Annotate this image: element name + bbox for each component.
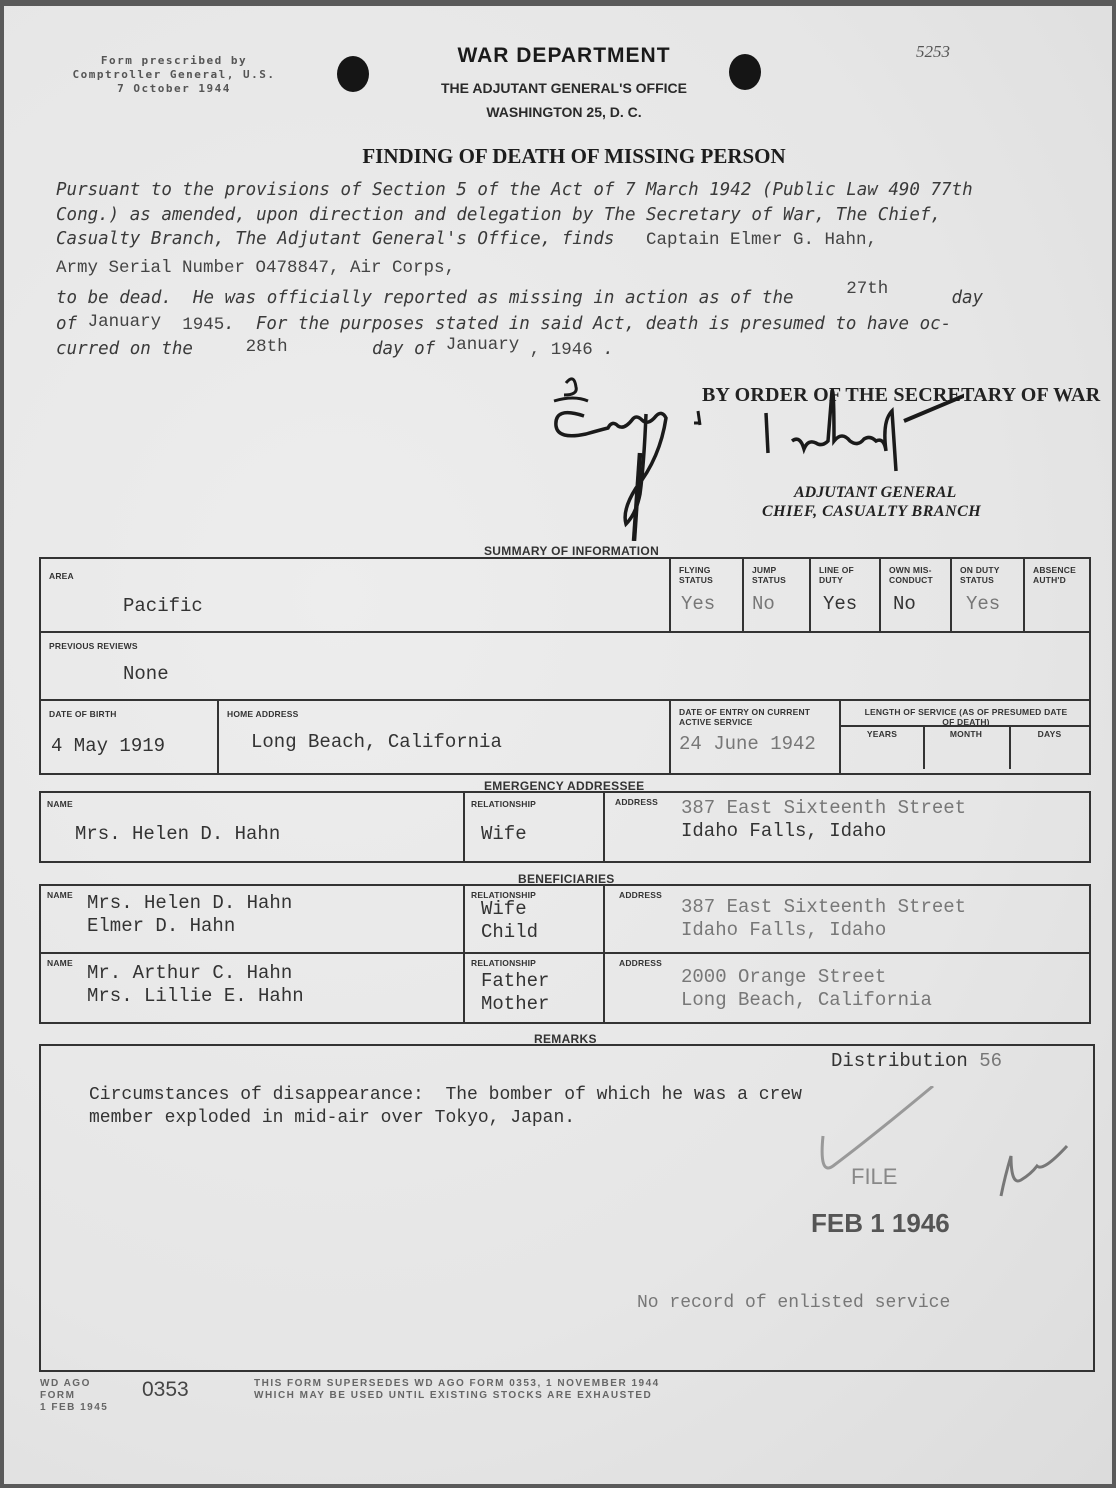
flying-status-value: Yes	[681, 593, 715, 616]
beneficiary-name: Mrs. Helen D. Hahn	[87, 892, 292, 915]
misconduct-value: No	[893, 593, 916, 616]
emergency-address-line-2: Idaho Falls, Idaho	[681, 820, 886, 843]
beneficiary-address-line: 387 East Sixteenth Street	[681, 896, 966, 919]
form-label: WD AGO FORM	[40, 1378, 110, 1402]
signer-title-1: ADJUTANT GENERAL	[794, 484, 956, 502]
file-date-stamp: FEB 1 1946	[811, 1208, 950, 1239]
statement-line: Cong.) as amended, upon direction and de…	[56, 203, 1076, 228]
beneficiary-name-label: NAME	[47, 890, 73, 900]
beneficiary-relationship: Wife	[481, 898, 527, 921]
beneficiary-address-label: ADDRESS	[619, 890, 662, 900]
beneficiary-name-cell: NAME Mrs. Helen D. Hahn Elmer D. Hahn	[41, 886, 465, 954]
person-name: Captain Elmer G. Hahn,	[646, 230, 877, 250]
supersedes-note: THIS FORM SUPERSEDES WD AGO FORM 0353, 1…	[254, 1378, 660, 1402]
misconduct-cell: OWN MIS- CONDUCT No	[881, 559, 952, 633]
signer-title-2: CHIEF, CASUALTY BRANCH	[762, 503, 981, 521]
days-cell: DAYS	[1009, 725, 1090, 769]
form-date: 1 FEB 1945	[40, 1402, 110, 1414]
beneficiary-address-line: Long Beach, California	[681, 989, 932, 1012]
emergency-name-label: NAME	[47, 799, 73, 809]
summary-row-3: DATE OF BIRTH 4 May 1919 HOME ADDRESS Lo…	[41, 701, 1089, 773]
form-prescribed-note: Form prescribed by Comptroller General, …	[44, 54, 304, 96]
serial-number: Army Serial Number O478847, Air Corps,	[56, 258, 455, 278]
summary-heading: SUMMARY OF INFORMATION	[484, 544, 659, 558]
absence-cell: ABSENCE AUTH'D	[1025, 559, 1090, 633]
statement-line: to be dead. He was officially reported a…	[56, 286, 1076, 312]
missing-month: January	[88, 312, 162, 332]
beneficiary-relationship: Mother	[481, 993, 549, 1016]
days-label: DAYS	[1009, 729, 1090, 739]
home-address-value: Long Beach, California	[251, 731, 502, 754]
emergency-name-cell: NAME Mrs. Helen D. Hahn	[41, 793, 465, 861]
death-year: , 1946	[530, 340, 593, 360]
missing-year: 1945	[182, 315, 224, 335]
statement-text: Casualty Branch, The Adjutant General's …	[56, 229, 614, 249]
entry-date-label: DATE OF ENTRY ON CURRENT ACTIVE SERVICE	[679, 707, 819, 727]
month-label: MONTH	[923, 729, 1009, 739]
month-cell: MONTH	[923, 725, 1011, 769]
flying-status-label: FLYING STATUS	[679, 565, 734, 585]
prescribed-line-2: Comptroller General, U.S.	[44, 68, 304, 82]
emergency-name-value: Mrs. Helen D. Hahn	[75, 823, 280, 846]
beneficiary-relationship: Child	[481, 921, 538, 944]
document-page: Form prescribed by Comptroller General, …	[4, 6, 1112, 1484]
emergency-relationship-label: RELATIONSHIP	[471, 799, 536, 809]
missing-day: 27th	[846, 279, 888, 299]
remarks-line-2: member exploded in mid-air over Tokyo, J…	[89, 1107, 575, 1130]
beneficiary-address-line: Idaho Falls, Idaho	[681, 919, 886, 942]
beneficiary-address-line: 2000 Orange Street	[681, 966, 886, 989]
distribution-line: Distribution 56	[831, 1050, 1002, 1073]
beneficiary-row: NAME Mrs. Helen D. Hahn Elmer D. Hahn RE…	[41, 886, 1089, 954]
statement-text: .	[603, 339, 614, 359]
statement-line: curred on the 28th day of January , 1946…	[56, 337, 1076, 363]
distribution-value: 56	[979, 1050, 1002, 1072]
remarks-line-1: Circumstances of disappearance: The bomb…	[89, 1084, 802, 1107]
area-cell: AREA Pacific	[41, 559, 671, 633]
years-cell: YEARS	[841, 725, 925, 769]
beneficiary-relationship-cell: RELATIONSHIP Father Mother	[465, 954, 605, 1022]
on-duty-cell: ON DUTY STATUS Yes	[952, 559, 1025, 633]
misconduct-label: OWN MIS- CONDUCT	[889, 565, 944, 585]
beneficiary-row: NAME Mr. Arthur C. Hahn Mrs. Lillie E. H…	[41, 954, 1089, 1022]
remarks-box: Distribution 56 Circumstances of disappe…	[39, 1044, 1095, 1372]
beneficiary-name: Mrs. Lillie E. Hahn	[87, 985, 304, 1008]
beneficiary-address-cell: ADDRESS 387 East Sixteenth Street Idaho …	[605, 886, 1090, 954]
dob-cell: DATE OF BIRTH 4 May 1919	[41, 701, 219, 773]
beneficiary-relationship: Father	[481, 970, 549, 993]
page-title: FINDING OF DEATH OF MISSING PERSON	[244, 144, 904, 169]
beneficiary-address-cell: ADDRESS 2000 Orange Street Long Beach, C…	[605, 954, 1090, 1022]
summary-row-1: AREA Pacific FLYING STATUS Yes JUMP STAT…	[41, 559, 1089, 633]
emergency-address-line-1: 387 East Sixteenth Street	[681, 797, 966, 820]
distribution-label: Distribution	[831, 1050, 968, 1072]
beneficiary-name-cell: NAME Mr. Arthur C. Hahn Mrs. Lillie E. H…	[41, 954, 465, 1022]
office-location: WASHINGTON 25, D. C.	[384, 104, 744, 120]
jump-status-cell: JUMP STATUS No	[744, 559, 811, 633]
dob-label: DATE OF BIRTH	[49, 709, 117, 719]
form-number: 0353	[142, 1378, 189, 1402]
line-of-duty-label: LINE OF DUTY	[819, 565, 869, 585]
beneficiary-name: Elmer D. Hahn	[87, 915, 235, 938]
emergency-relationship-value: Wife	[481, 823, 527, 846]
flying-status-cell: FLYING STATUS Yes	[671, 559, 744, 633]
on-duty-value: Yes	[966, 593, 1000, 616]
remarks-note: No record of enlisted service	[637, 1292, 950, 1315]
emergency-address-label: ADDRESS	[615, 797, 658, 807]
prescribed-line-1: Form prescribed by	[44, 54, 304, 68]
statement-text: of	[56, 314, 77, 334]
emergency-table: NAME Mrs. Helen D. Hahn RELATIONSHIP Wif…	[39, 791, 1091, 863]
beneficiary-name: Mr. Arthur C. Hahn	[87, 962, 292, 985]
form-id: WD AGO FORM 1 FEB 1945	[40, 1378, 110, 1414]
area-label: AREA	[49, 571, 74, 581]
beneficiary-name-label: NAME	[47, 958, 73, 968]
length-of-service-cell: LENGTH OF SERVICE (AS OF PRESUMED DATE O…	[841, 701, 1090, 773]
absence-label: ABSENCE AUTH'D	[1033, 565, 1085, 585]
beneficiaries-table: NAME Mrs. Helen D. Hahn Elmer D. Hahn RE…	[39, 884, 1091, 1024]
department-name: WAR DEPARTMENT	[384, 44, 744, 68]
office-name: THE ADJUTANT GENERAL'S OFFICE	[384, 80, 744, 96]
entry-date-cell: DATE OF ENTRY ON CURRENT ACTIVE SERVICE …	[671, 701, 841, 773]
death-day: 28th	[246, 337, 288, 357]
supersedes-line-2: WHICH MAY BE USED UNTIL EXISTING STOCKS …	[254, 1390, 660, 1402]
dob-value: 4 May 1919	[51, 735, 165, 758]
finding-statement: Pursuant to the provisions of Section 5 …	[56, 178, 1076, 363]
on-duty-label: ON DUTY STATUS	[960, 565, 1010, 585]
statement-text: day	[951, 288, 983, 308]
statement-text: day of	[372, 339, 435, 359]
summary-table: AREA Pacific FLYING STATUS Yes JUMP STAT…	[39, 557, 1091, 775]
supersedes-line-1: THIS FORM SUPERSEDES WD AGO FORM 0353, 1…	[254, 1378, 660, 1390]
jump-status-label: JUMP STATUS	[752, 565, 802, 585]
length-of-service-label: LENGTH OF SERVICE (AS OF PRESUMED DATE O…	[861, 707, 1071, 727]
statement-line: Army Serial Number O478847, Air Corps,	[56, 255, 1076, 281]
emergency-relationship-cell: RELATIONSHIP Wife	[465, 793, 605, 861]
beneficiary-relationship-label: RELATIONSHIP	[471, 958, 536, 968]
statement-line: Casualty Branch, The Adjutant General's …	[56, 227, 1076, 253]
home-address-label: HOME ADDRESS	[227, 709, 299, 719]
entry-date-value: 24 June 1942	[679, 733, 816, 756]
document-number: 5253	[916, 42, 950, 62]
beneficiary-address-label: ADDRESS	[619, 958, 662, 968]
statement-line: of January 1945. For the purposes stated…	[56, 312, 1076, 338]
line-of-duty-cell: LINE OF DUTY Yes	[811, 559, 881, 633]
beneficiary-relationship-cell: RELATIONSHIP Wife Child	[465, 886, 605, 954]
file-stamp: FILE	[851, 1164, 897, 1190]
previous-reviews-label: PREVIOUS REVIEWS	[49, 641, 138, 651]
statement-text: curred on the	[56, 339, 193, 359]
prescribed-line-3: 7 October 1944	[44, 82, 304, 96]
punch-hole-left-icon	[337, 56, 369, 92]
statement-text: to be dead. He was officially reported a…	[56, 288, 794, 308]
death-month: January	[446, 335, 520, 355]
emergency-address-cell: ADDRESS 387 East Sixteenth Street Idaho …	[605, 793, 1090, 861]
jump-status-value: No	[752, 593, 775, 616]
years-label: YEARS	[841, 729, 923, 739]
line-of-duty-value: Yes	[823, 593, 857, 616]
previous-reviews-value: None	[123, 663, 169, 686]
home-address-cell: HOME ADDRESS Long Beach, California	[219, 701, 671, 773]
statement-text: . For the purposes stated in said Act, d…	[224, 314, 951, 334]
previous-reviews-cell: PREVIOUS REVIEWS None	[41, 633, 1089, 699]
area-value: Pacific	[123, 595, 203, 618]
statement-line: Pursuant to the provisions of Section 5 …	[56, 178, 1076, 203]
